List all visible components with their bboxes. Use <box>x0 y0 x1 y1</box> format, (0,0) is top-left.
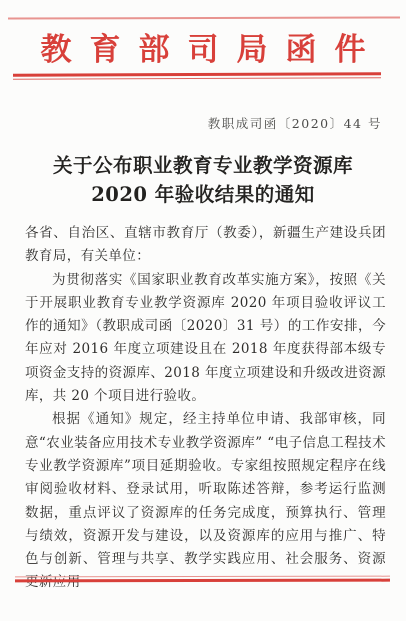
document-body: 各省、自治区、直辖市教育厅（教委），新疆生产建设兵团教育局，有关单位： 为贯彻落… <box>25 222 386 595</box>
body-paragraph: 根据《通知》规定，经主持单位申请、我部审核，同意“农业装备应用技术专业教学资源库… <box>25 408 386 594</box>
footer-rule-thin <box>15 576 390 578</box>
body-paragraphs: 为贯彻落实《国家职业教育改革实施方案》，按照《关于开展职业教育专业教学资源库 2… <box>25 269 386 595</box>
top-rule <box>8 16 400 19</box>
document-title-line1: 关于公布职业教育专业教学资源库 <box>0 151 406 180</box>
document-page: 教育部司局函件 教职成司函〔2020〕44 号 关于公布职业教育专业教学资源库 … <box>0 0 406 621</box>
header-rule-thick <box>13 72 381 76</box>
agency-title: 教育部司局函件 <box>0 24 406 69</box>
doc-number: 教职成司函〔2020〕44 号 <box>208 114 382 132</box>
footer-double-rule <box>15 576 390 582</box>
footer-rule-thick <box>15 578 390 582</box>
document-title: 关于公布职业教育专业教学资源库 2020 年验收结果的通知 <box>0 151 406 209</box>
salutation: 各省、自治区、直辖市教育厅（教委），新疆生产建设兵团教育局，有关单位： <box>25 222 386 269</box>
body-paragraph: 为贯彻落实《国家职业教育改革实施方案》，按照《关于开展职业教育专业教学资源库 2… <box>25 269 386 409</box>
header-rule-thin <box>13 77 381 80</box>
header-double-rule <box>13 72 381 79</box>
document-title-line2: 2020 年验收结果的通知 <box>0 180 406 209</box>
